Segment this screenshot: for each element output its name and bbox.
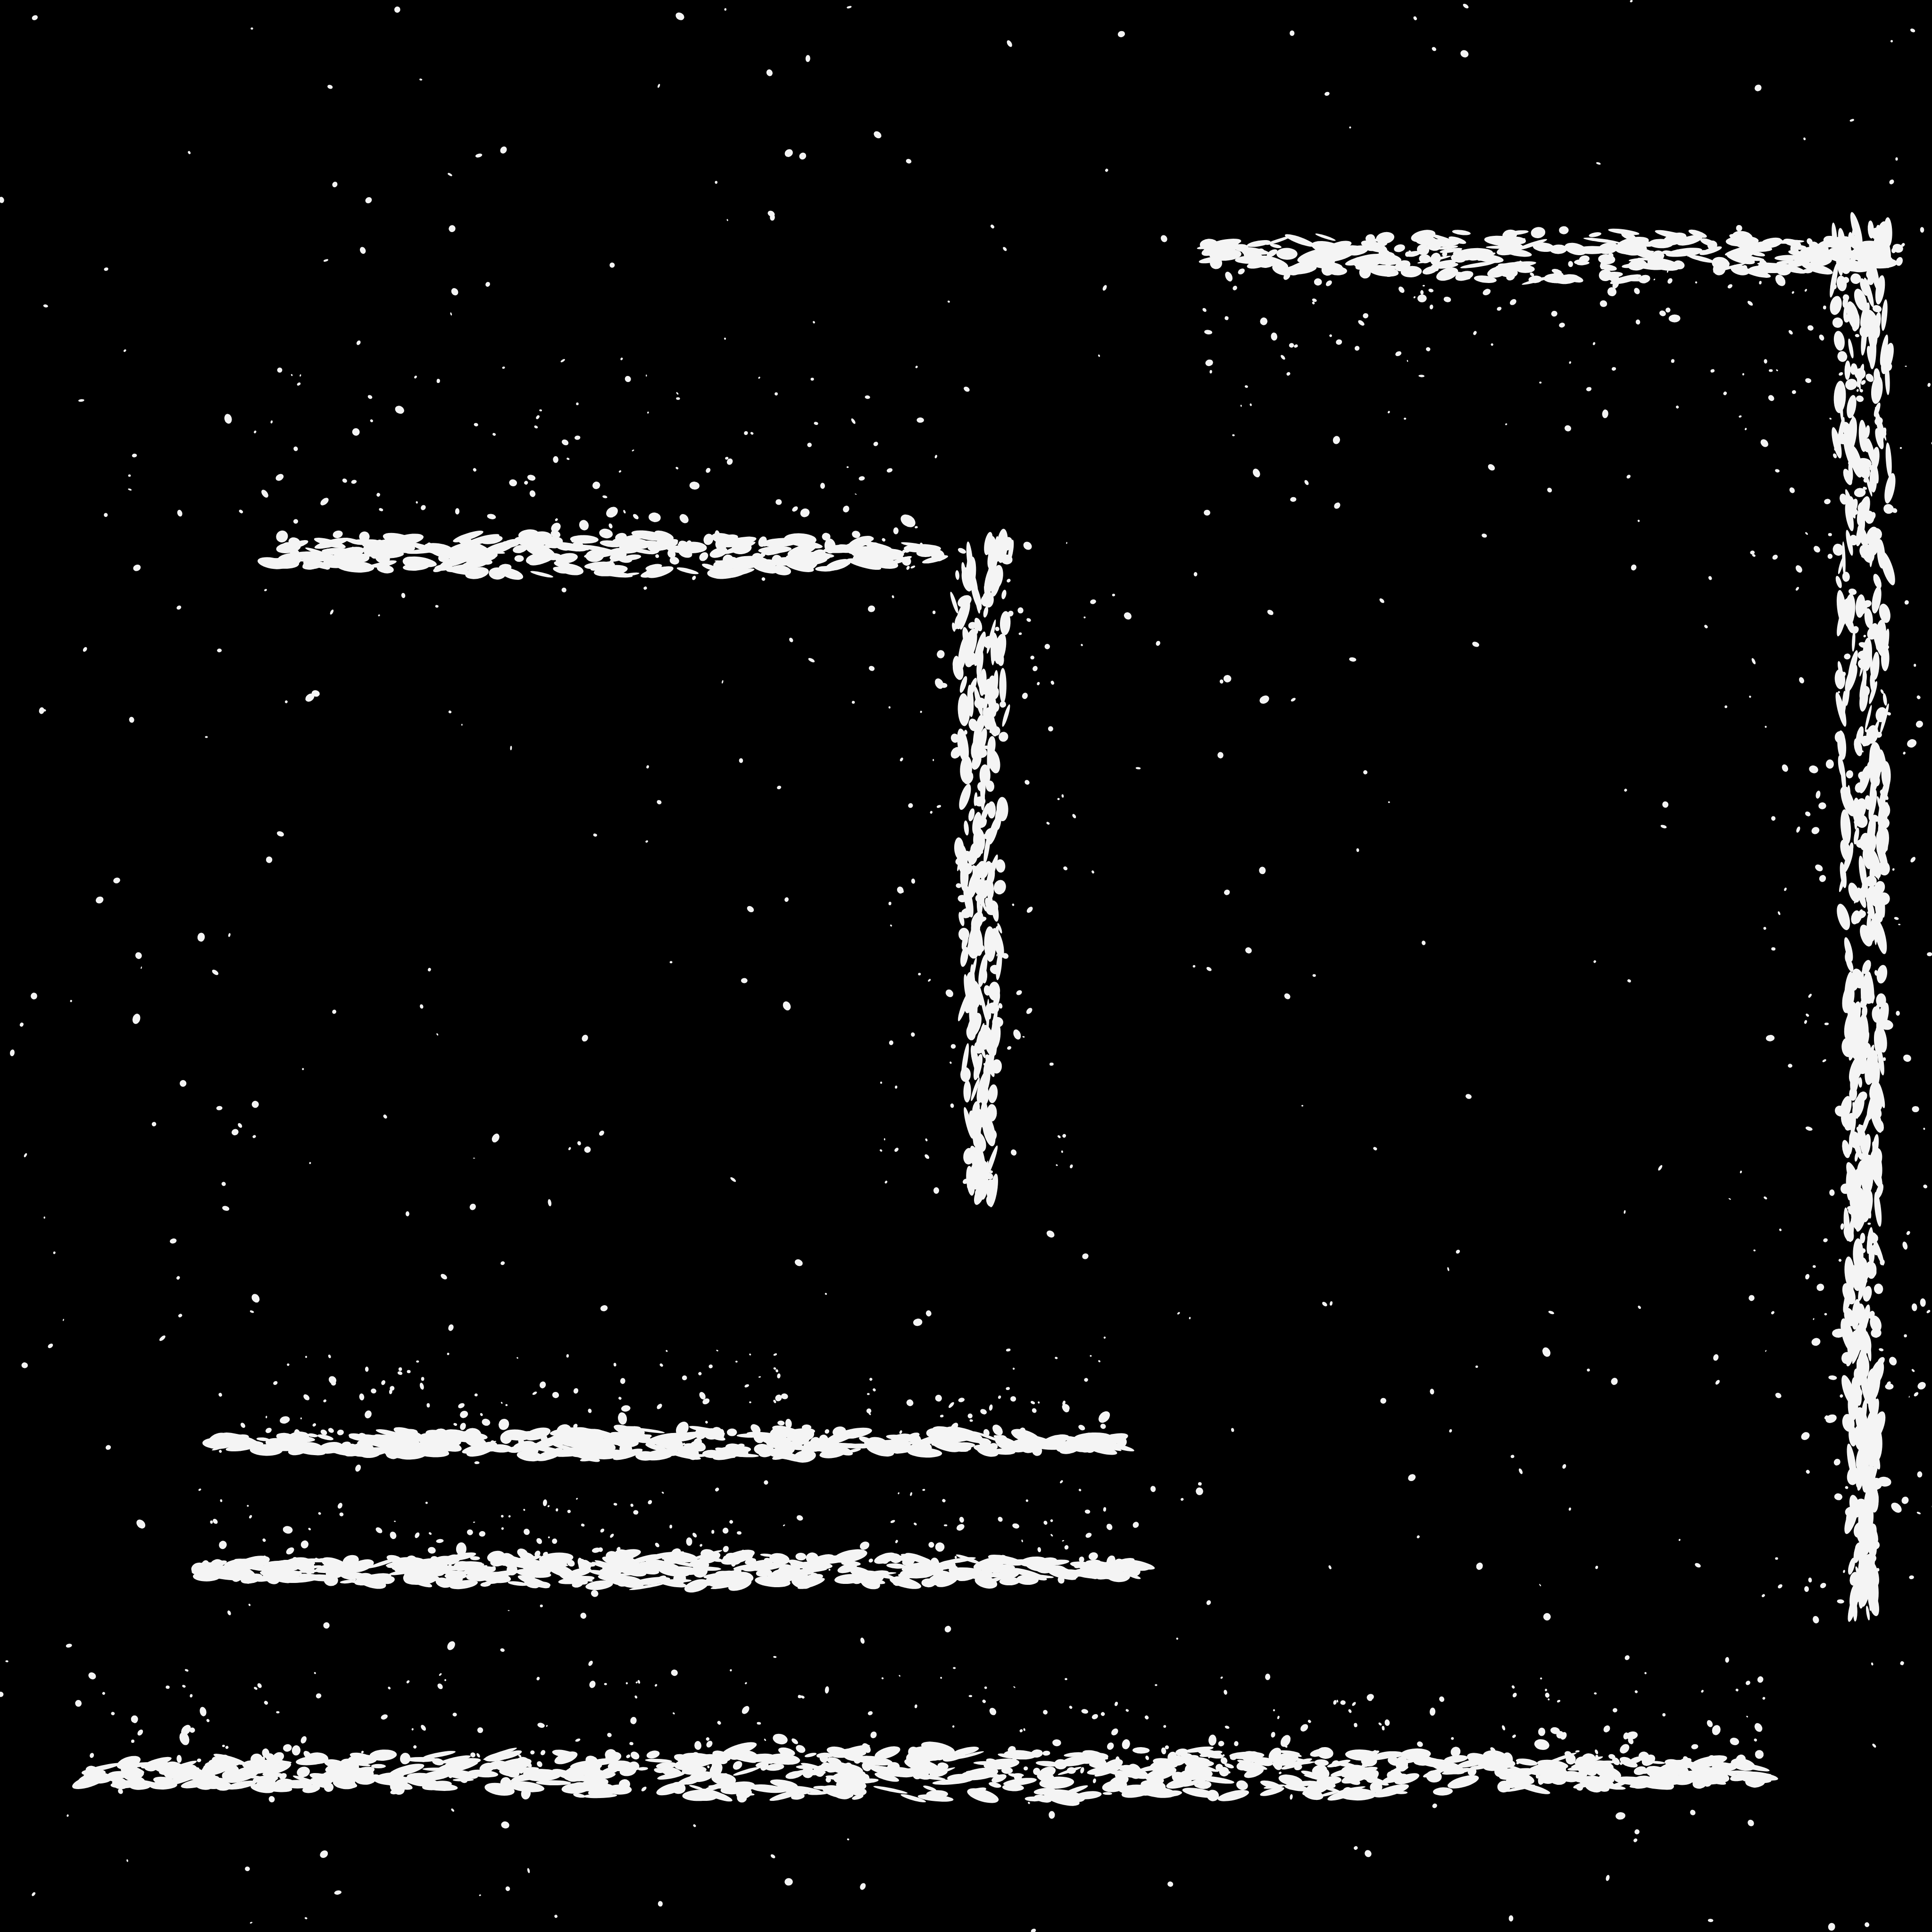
background [0,0,1932,1932]
grunge-texture-canvas [0,0,1932,1932]
